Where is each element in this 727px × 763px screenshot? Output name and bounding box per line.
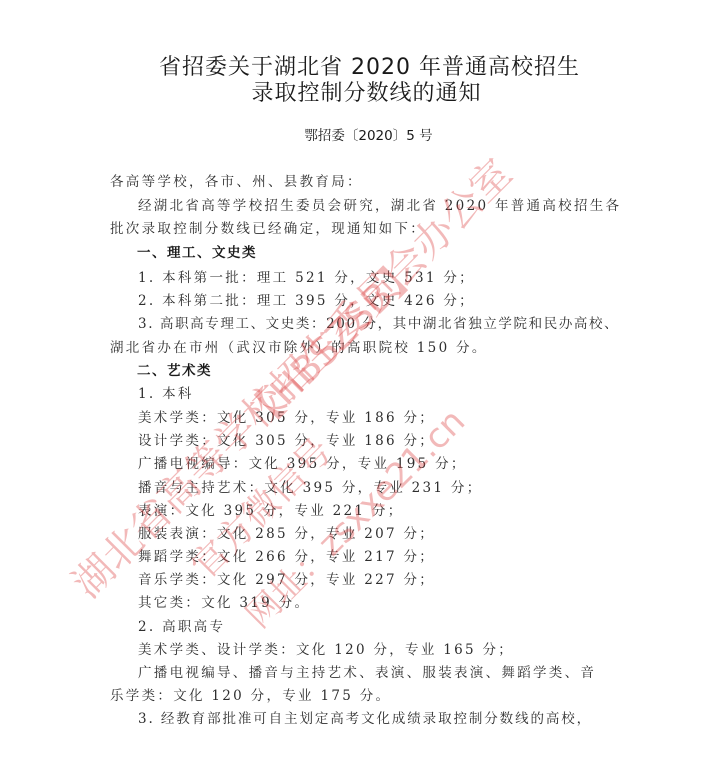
art-vocational-item: 美术学类、设计学类：文化 120 分，专业 165 分； [138, 638, 514, 658]
document-number: 鄂招委〔2020〕5 号 [0, 124, 727, 144]
art-undergrad-item: 播音与主持艺术：文化 395 分，专业 231 分； [138, 476, 483, 496]
art-undergrad-item: 表演：文化 395 分，专业 221 分； [138, 499, 404, 519]
art-undergrad-item: 舞蹈学类：文化 266 分，专业 217 分； [138, 545, 435, 565]
intro-line-2: 批次录取控制分数线已经确定，现通知如下： [110, 217, 426, 237]
document-title-line-2: 录取控制分数线的通知 [3, 76, 727, 107]
art-undergrad-item: 服装表演：文化 285 分，专业 207 分； [138, 522, 435, 542]
section-1-item-3: 3. 高职高专理工、文史类：200 分，其中湖北省独立学院和民办高校、 [138, 312, 619, 332]
art-undergrad-item: 设计学类：文化 305 分，专业 186 分； [138, 429, 435, 449]
section-1-heading: 一、理工、文史类 [137, 241, 257, 261]
document-page: 省招委关于湖北省 2020 年普通高校招生 录取控制分数线的通知 鄂招委〔202… [0, 0, 727, 763]
art-undergrad-item: 广播电视编导：文化 395 分，专业 195 分； [138, 452, 467, 472]
section-2-sub1-heading: 1. 本科 [138, 382, 194, 402]
art-undergrad-item: 其它类：文化 319 分。 [138, 591, 310, 611]
section-1-item-2: 2. 本科第二批：理工 395 分，文史 426 分； [138, 289, 475, 309]
art-undergrad-item: 音乐学类：文化 297 分，专业 227 分； [138, 568, 435, 588]
art-vocational-item: 广播电视编导、播音与主持艺术、表演、服装表演、舞蹈学类、音 [138, 661, 596, 681]
section-2-heading: 二、艺术类 [137, 359, 212, 379]
section-2-sub3-line: 3. 经教育部批准可自主划定高考文化成绩录取控制分数线的高校， [138, 707, 592, 727]
intro-line-1: 经湖北省高等学校招生委员会研究，湖北省 2020 年普通高校招生各 [138, 194, 621, 214]
salutation: 各高等学校，各市、州、县教育局： [110, 170, 363, 190]
section-2-sub2-heading: 2. 高职高专 [138, 615, 225, 635]
art-undergrad-item: 美术学类：文化 305 分，专业 186 分； [138, 406, 435, 426]
section-1-item-1: 1. 本科第一批：理工 521 分，文史 531 分； [138, 266, 475, 286]
section-1-item-3-cont: 湖北省办在市州（武汉市除外）的高职院校 150 分。 [110, 336, 488, 356]
art-vocational-item-cont: 乐学类：文化 120 分，专业 175 分。 [110, 684, 391, 704]
